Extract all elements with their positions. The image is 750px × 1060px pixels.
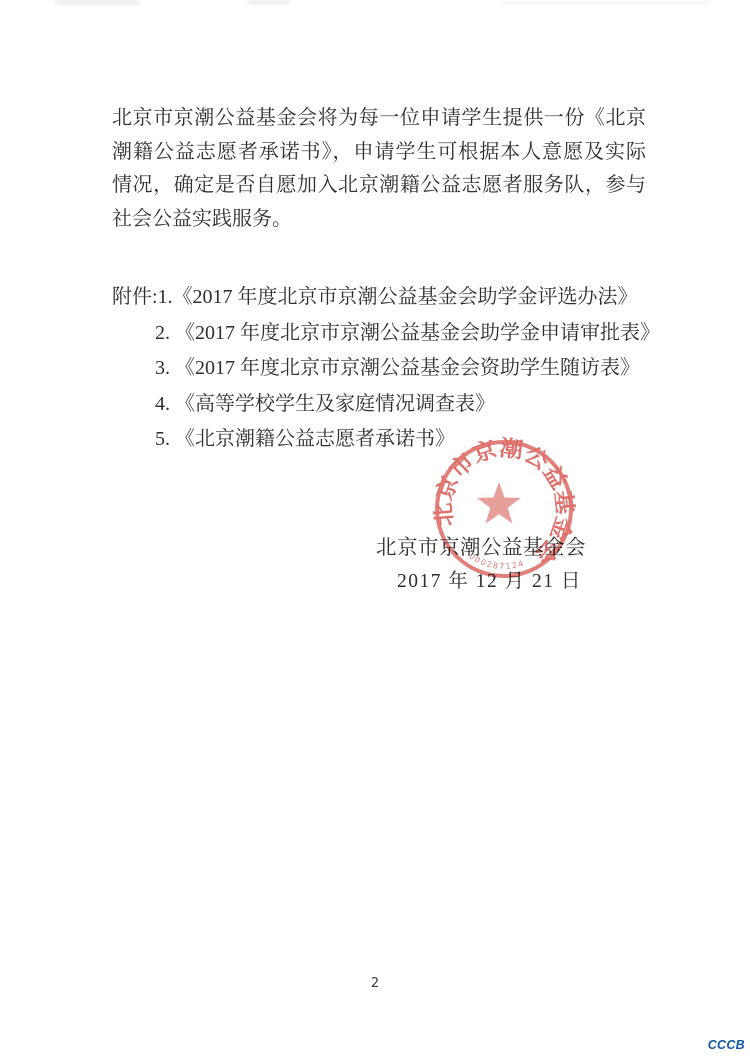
attachment-item: 5. 《北京潮籍公益志愿者承诺书》: [112, 422, 672, 458]
document-page: 北京市京潮公益基金会将为每一位申请学生提供一份《北京 潮籍公益志愿者承诺书》，申…: [0, 0, 750, 1060]
attachment-item: 4. 《高等学校学生及家庭情况调查表》: [112, 387, 672, 423]
attachments-list: 附件:1.《2017 年度北京市京潮公益基金会助学金评选办法》 2. 《2017…: [112, 280, 672, 458]
seal-star-icon: [477, 482, 521, 524]
scan-artifact: [55, 0, 140, 5]
scan-artifact: [248, 0, 290, 4]
paragraph-line: 社会公益实践服务。: [112, 203, 646, 237]
page-number: 2: [0, 976, 750, 991]
paragraph-line: 潮籍公益志愿者承诺书》，申请学生可根据本人意愿及实际: [112, 136, 646, 170]
attachment-item: 2. 《2017 年度北京市京潮公益基金会助学金申请审批表》: [112, 316, 672, 352]
official-seal: 北京市京潮公益基金会 000287124: [427, 432, 581, 586]
body-paragraph: 北京市京潮公益基金会将为每一位申请学生提供一份《北京 潮籍公益志愿者承诺书》，申…: [112, 102, 646, 236]
attachment-item-text: 1.《2017 年度北京市京潮公益基金会助学金评选办法》: [158, 286, 638, 308]
attachment-item: 3. 《2017 年度北京市京潮公益基金会资助学生随访表》: [112, 351, 672, 387]
cccb-logo: CCCB: [708, 1038, 745, 1052]
paragraph-line: 北京市京潮公益基金会将为每一位申请学生提供一份《北京: [112, 102, 646, 136]
scan-artifact: [500, 1, 710, 4]
attachment-item: 附件:1.《2017 年度北京市京潮公益基金会助学金评选办法》: [112, 280, 672, 316]
attachments-label: 附件:: [112, 286, 158, 308]
paragraph-line: 情况，确定是否自愿加入北京潮籍公益志愿者服务队，参与: [112, 169, 646, 203]
